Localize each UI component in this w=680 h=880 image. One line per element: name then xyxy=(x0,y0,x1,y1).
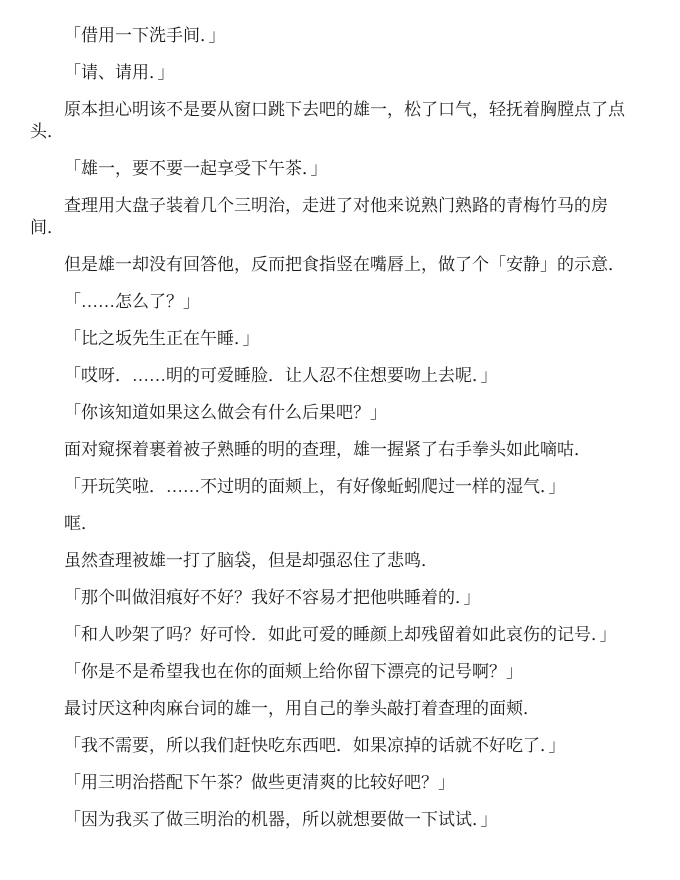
paragraph: 「比之坂先生正在午睡．」 xyxy=(30,328,638,350)
paragraph: 查理用大盘子装着几个三明治，走进了对他来说熟门熟路的青梅竹马的房间． xyxy=(30,195,638,239)
paragraph: 「哎呀．……明的可爱睡脸．让人忍不住想要吻上去呢．」 xyxy=(30,365,638,387)
paragraph: 面对窥探着裹着被子熟睡的明的查理，雄一握紧了右手拳头如此嘀咕． xyxy=(30,439,638,461)
paragraph: 「……怎么了？」 xyxy=(30,291,638,313)
paragraph: 「开玩笑啦．……不过明的面颊上，有好像蚯蚓爬过一样的湿气．」 xyxy=(30,476,638,498)
paragraph: 但是雄一却没有回答他，反而把食指竖在嘴唇上，做了个「安静」的示意． xyxy=(30,254,638,276)
paragraph: 「和人吵架了吗？好可怜．如此可爱的睡颜上却残留着如此哀伤的记号．」 xyxy=(30,624,638,646)
paragraph: 最讨厌这种肉麻台词的雄一，用自己的拳头敲打着查理的面颊． xyxy=(30,698,638,720)
paragraph: 「你该知道如果这么做会有什么后果吧？」 xyxy=(30,402,638,424)
paragraph: 「用三明治搭配下午茶？做些更清爽的比较好吧？」 xyxy=(30,772,638,794)
paragraph: 「你是不是希望我也在你的面颊上给你留下漂亮的记号啊？」 xyxy=(30,661,638,683)
novel-page: 「借用一下洗手间．」「请、请用．」原本担心明该不是要从窗口跳下去吧的雄一，松了口… xyxy=(0,0,680,880)
paragraph: 「那个叫做泪痕好不好？我好不容易才把他哄睡着的．」 xyxy=(30,587,638,609)
text-block: 「借用一下洗手间．」「请、请用．」原本担心明该不是要从窗口跳下去吧的雄一，松了口… xyxy=(30,25,638,831)
paragraph: 哐． xyxy=(30,513,638,535)
paragraph: 虽然查理被雄一打了脑袋，但是却强忍住了悲鸣． xyxy=(30,550,638,572)
paragraph: 「因为我买了做三明治的机器，所以就想要做一下试试．」 xyxy=(30,809,638,831)
paragraph: 「请、请用．」 xyxy=(30,62,638,84)
paragraph: 「雄一，要不要一起享受下午茶．」 xyxy=(30,158,638,180)
paragraph: 「借用一下洗手间．」 xyxy=(30,25,638,47)
paragraph: 「我不需要，所以我们赶快吃东西吧．如果凉掉的话就不好吃了．」 xyxy=(30,735,638,757)
paragraph: 原本担心明该不是要从窗口跳下去吧的雄一，松了口气，轻抚着胸膛点了点头． xyxy=(30,99,638,143)
